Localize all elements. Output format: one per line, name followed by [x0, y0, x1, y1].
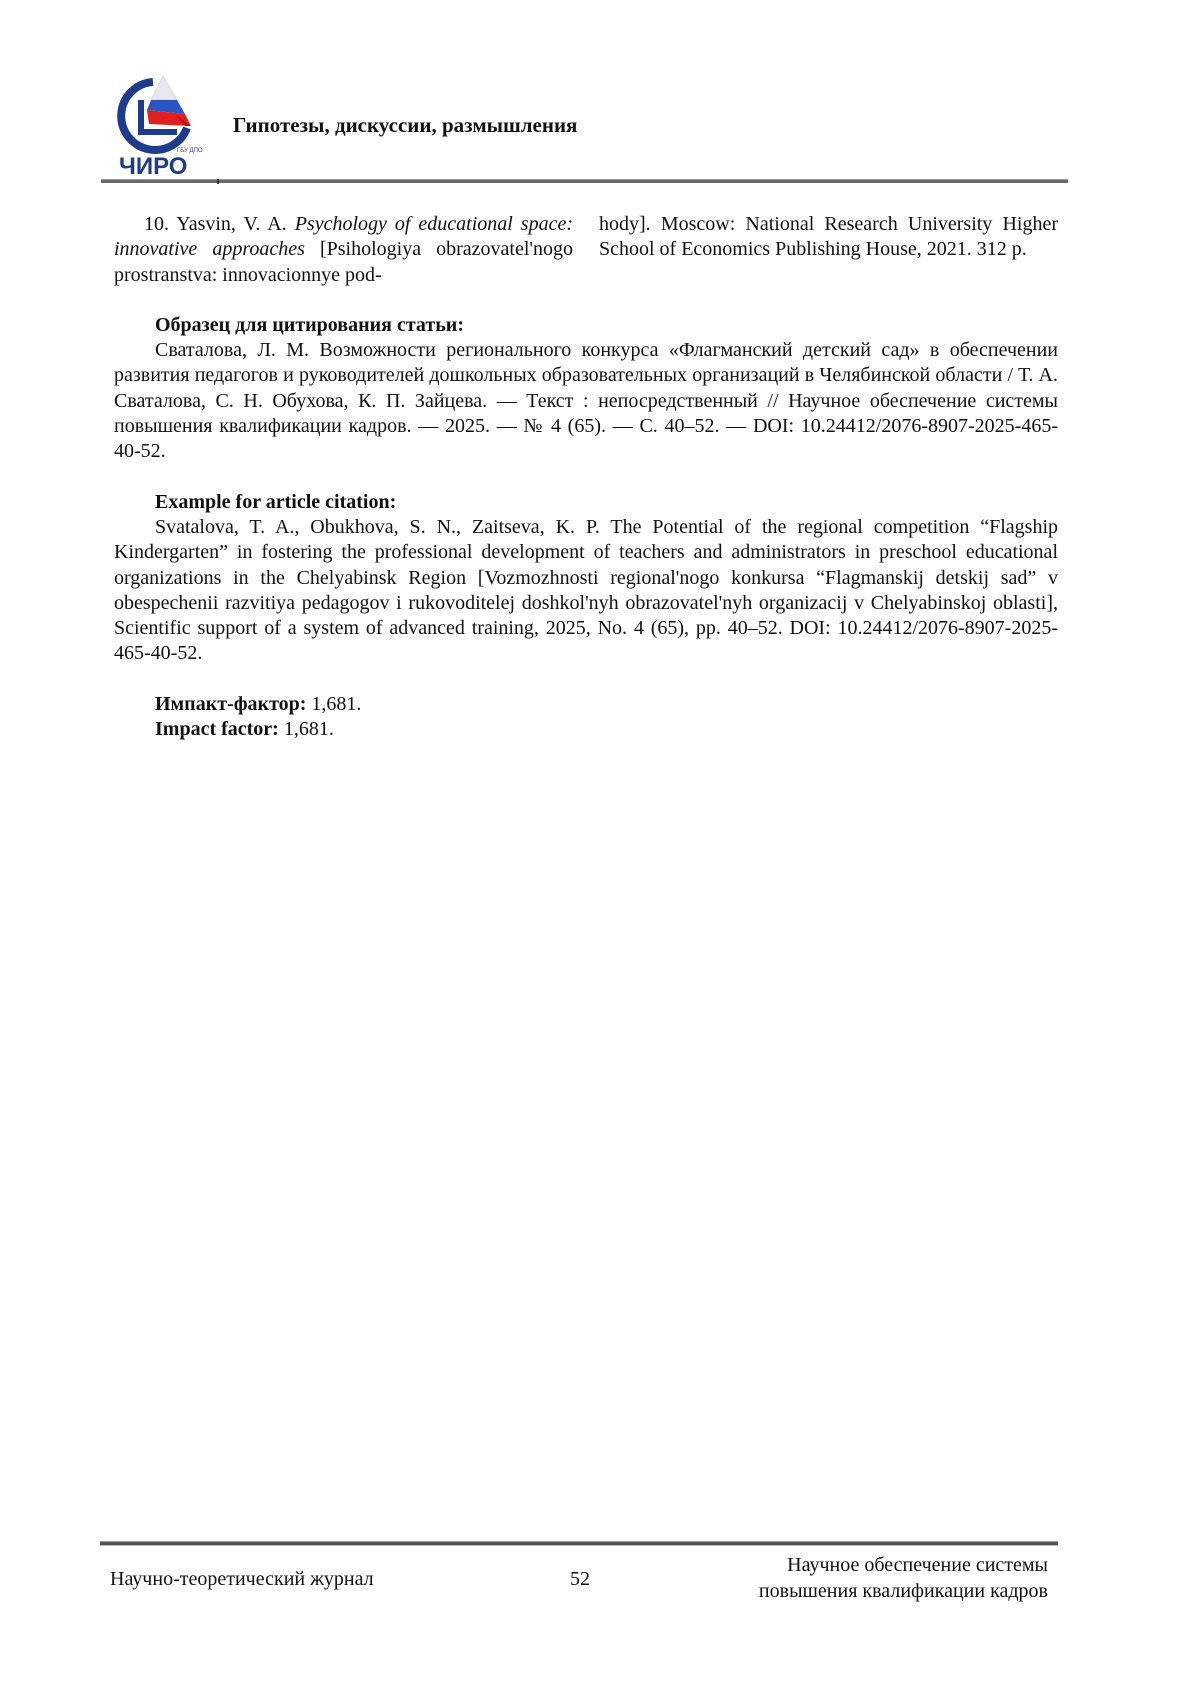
chiro-logo-icon: ГБУ ДПО ЧИРО: [115, 70, 205, 180]
page-number: 52: [570, 1566, 590, 1592]
page-footer: Научно-теоретический журнал 52 Научное о…: [110, 1552, 1058, 1612]
header-divider: [101, 179, 1068, 183]
reference-column-right: hody]. Moscow: National Research Univers…: [599, 212, 1058, 288]
impact-factor-en: Impact factor: 1,681.: [114, 717, 1058, 742]
reference-list: 10. Yasvin, V. A. Psychology of educatio…: [114, 212, 1058, 288]
page-header: ГБУ ДПО ЧИРО Гипотезы, дискуссии, размыш…: [100, 66, 1070, 186]
reference-item-10: 10. Yasvin, V. A. Psychology of educatio…: [114, 212, 573, 288]
journal-name-line-2: повышения квалификации кадров: [759, 1578, 1048, 1604]
citation-en-text: Svatalova, T. A., Obukhova, S. N., Zaits…: [114, 515, 1058, 667]
journal-name: Научное обеспечение системы повышения кв…: [759, 1552, 1048, 1604]
citation-en: Example for article citation: Svatalova,…: [114, 490, 1058, 667]
citation-ru: Образец для цитирования статьи: Сваталов…: [114, 313, 1058, 465]
footer-divider: [100, 1541, 1058, 1546]
chiro-logo: ГБУ ДПО ЧИРО: [115, 70, 205, 180]
citation-ru-text: Сваталова, Л. М. Возможности регионально…: [114, 338, 1058, 464]
svg-text:ЧИРО: ЧИРО: [119, 153, 187, 180]
page-content: 10. Yasvin, V. A. Psychology of educatio…: [114, 212, 1058, 742]
reference-column-left: 10. Yasvin, V. A. Psychology of educatio…: [114, 212, 573, 288]
reference-item-10-continued: hody]. Moscow: National Research Univers…: [599, 212, 1058, 263]
citation-en-heading: Example for article citation:: [114, 490, 1058, 515]
section-title: Гипотезы, дискуссии, размышления: [233, 113, 577, 138]
impact-factor: Импакт-фактор: 1,681. Impact factor: 1,6…: [114, 692, 1058, 743]
impact-factor-ru: Импакт-фактор: 1,681.: [114, 692, 1058, 717]
journal-type: Научно-теоретический журнал: [110, 1566, 374, 1592]
journal-name-line-1: Научное обеспечение системы: [759, 1552, 1048, 1578]
citation-ru-heading: Образец для цитирования статьи:: [114, 313, 1058, 338]
